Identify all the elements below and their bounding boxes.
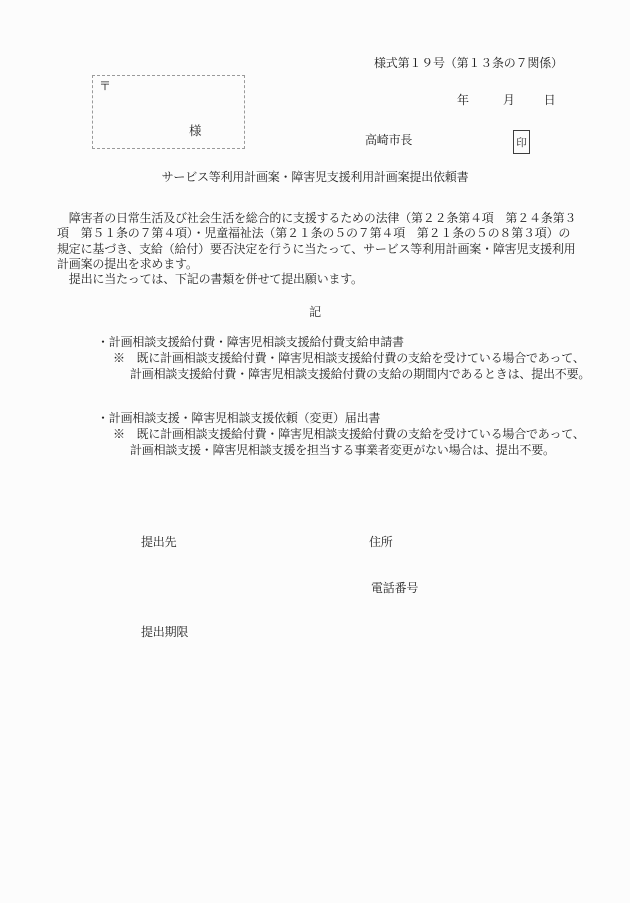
item-2-title: ・計画相談支援・障害児相談支援依頼（変更）届出書	[97, 411, 380, 426]
body-line: 項 第５１条の７第４項）・児童福祉法（第２１条の５の７第４項 第２１条の５の８第…	[57, 226, 597, 241]
postal-mark: 〒	[99, 77, 111, 94]
date-line: 年 月 日	[457, 91, 555, 108]
document-title: サービス等利用計画案・障害児支援利用計画案提出依頼書	[0, 170, 630, 185]
item-1-title: ・計画相談支援給付費・障害児相談支援給付費支給申請書	[97, 335, 404, 350]
body-line: 障害者の日常生活及び社会生活を総合的に支援するための法律（第２２条第４項 第２４…	[57, 211, 597, 226]
month-label: 月	[503, 91, 515, 108]
deadline-label: 提出期限	[141, 625, 188, 640]
body-paragraph: 障害者の日常生活及び社会生活を総合的に支援するための法律（第２２条第４項 第２４…	[57, 211, 597, 287]
ki-heading: 記	[0, 305, 630, 320]
phone-label: 電話番号	[371, 581, 418, 596]
item-1-note-line: ※ 既に計画相談支援給付費・障害児相談支援給付費の支給を受けている場合であって、	[113, 351, 585, 366]
body-line: 計画案の提出を求めます。	[57, 257, 597, 272]
mayor-name: 高崎市長	[365, 133, 412, 148]
item-2-note-line: ※ 既に計画相談支援給付費・障害児相談支援給付費の支給を受けている場合であって、	[113, 427, 585, 442]
seal-character: 印	[516, 135, 527, 150]
seal-mark: 印	[513, 130, 530, 154]
recipient-address-box: 〒 様	[92, 75, 245, 149]
item-1-note-line: 計画相談支援給付費・障害児相談支援給付費の支給の期間内であるときは、提出不要。	[130, 367, 590, 382]
document-page: 様式第１９号（第１３条の７関係） 年 月 日 〒 様 高崎市長 印 サービス等利…	[0, 0, 630, 903]
address-label: 住所	[369, 535, 393, 550]
body-line: 提出に当たっては、下記の書類を併せて提出願います。	[57, 272, 597, 287]
recipient-honorific: 様	[189, 121, 201, 139]
year-label: 年	[457, 91, 469, 108]
day-label: 日	[544, 91, 556, 108]
form-number: 様式第１９号（第１３条の７関係）	[374, 56, 563, 71]
body-line: 規定に基づき、支給（給付）要否決定を行うに当たって、サービス等利用計画案・障害児…	[57, 242, 597, 257]
submit-to-label: 提出先	[141, 535, 176, 550]
item-2-note-line: 計画相談支援・障害児相談支援を担当する事業者変更がない場合は、提出不要。	[130, 443, 555, 458]
